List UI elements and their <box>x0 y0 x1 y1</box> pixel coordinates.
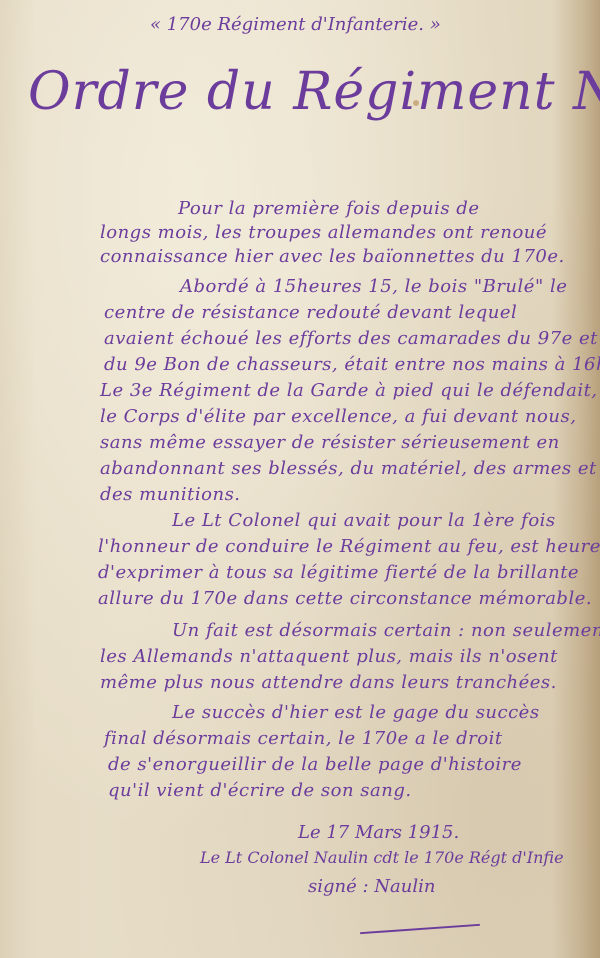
body-line: des munitions. <box>100 484 241 505</box>
body-line: Un fait est désormais certain : non seul… <box>172 620 600 641</box>
body-line: de s'enorgueillir de la belle page d'his… <box>108 754 522 775</box>
body-line: les Allemands n'attaquent plus, mais ils… <box>100 646 558 667</box>
body-line: final désormais certain, le 170e a le dr… <box>104 728 503 749</box>
body-line: Le succès d'hier est le gage du succès <box>172 702 540 723</box>
document-title: Ordre du Régiment N°18. <box>28 62 600 122</box>
body-line: abandonnant ses blessés, du matériel, de… <box>100 458 597 479</box>
body-line: avaient échoué les efforts des camarades… <box>104 328 598 349</box>
body-line: Le Lt Colonel qui avait pour la 1ère foi… <box>172 510 556 531</box>
body-line: Le 3e Régiment de la Garde à pied qui le… <box>100 380 598 401</box>
body-line: centre de résistance redouté devant lequ… <box>104 302 517 323</box>
body-line: le Corps d'élite par excellence, a fui d… <box>100 406 576 427</box>
body-line: du 9e Bon de chasseurs, était entre nos … <box>104 354 600 375</box>
body-line: d'exprimer à tous sa légitime fierté de … <box>98 562 579 583</box>
body-line: qu'il vient d'écrire de son sang. <box>108 780 412 801</box>
signature-line: Le Lt Colonel Naulin cdt le 170e Régt d'… <box>200 848 564 867</box>
signature-underline <box>360 924 480 934</box>
regiment-header: « 170e Régiment d'Infanterie. » <box>150 14 441 35</box>
document-page: « 170e Régiment d'Infanterie. » Ordre du… <box>0 0 600 958</box>
date-line: Le 17 Mars 1915. <box>298 822 459 843</box>
body-line: Pour la première fois depuis de <box>178 198 479 219</box>
body-line: connaissance hier avec les baïonnettes d… <box>100 246 565 267</box>
signed-line: signé : Naulin <box>308 876 435 897</box>
body-line: Abordé à 15heures 15, le bois "Brulé" le <box>180 276 567 297</box>
body-line: sans même essayer de résister sérieuseme… <box>100 432 560 453</box>
body-line: longs mois, les troupes allemandes ont r… <box>100 222 547 243</box>
body-line: même plus nous attendre dans leurs tranc… <box>100 672 557 693</box>
body-line: l'honneur de conduire le Régiment au feu… <box>98 536 600 557</box>
body-line: allure du 170e dans cette circonstance m… <box>98 588 592 609</box>
